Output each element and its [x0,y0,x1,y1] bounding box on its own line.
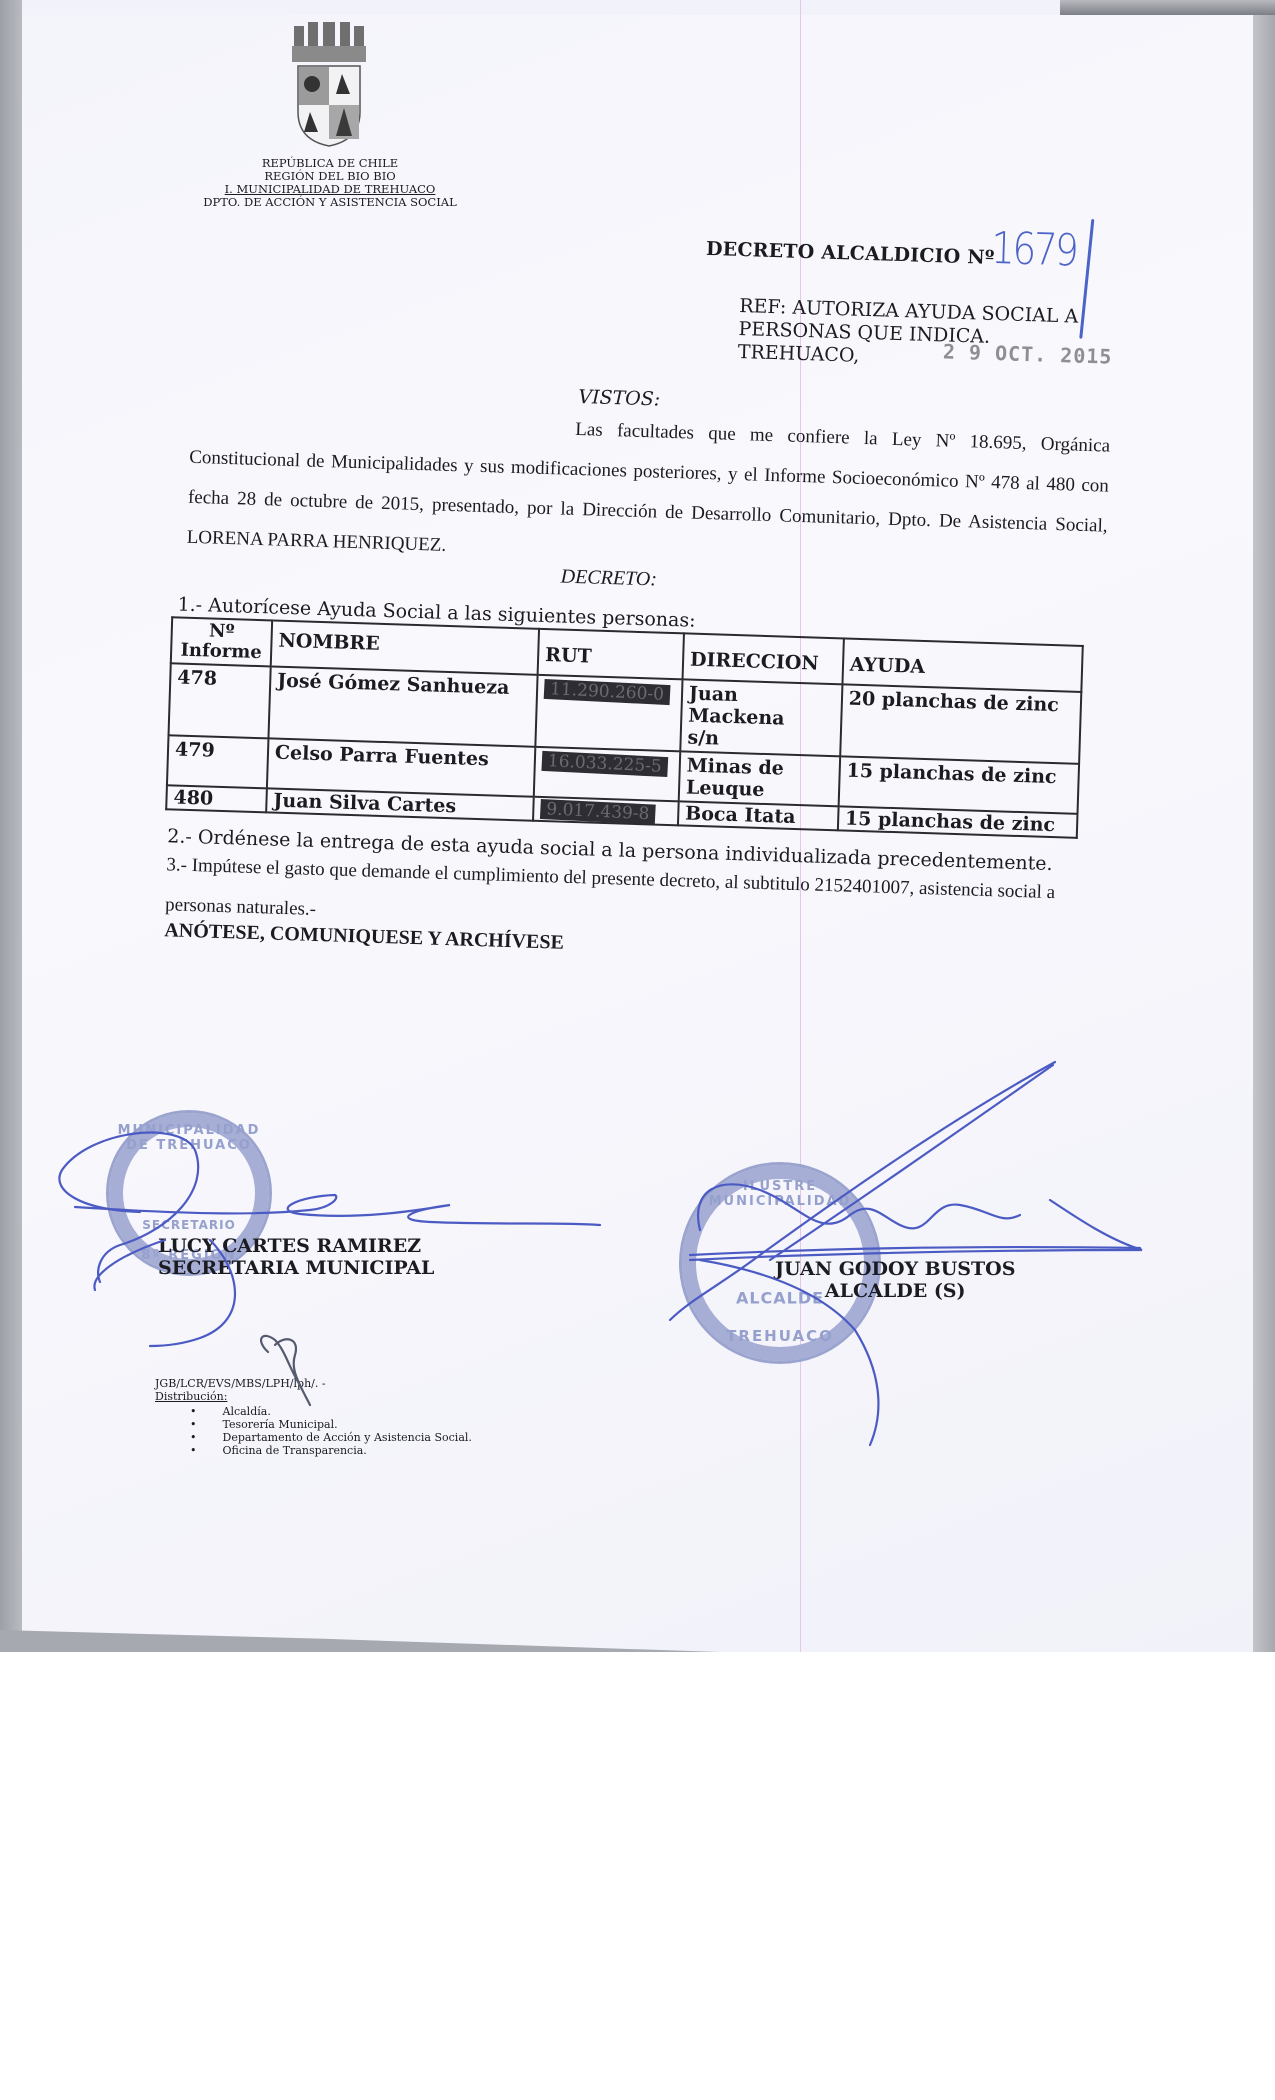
cell-rut: 16.033.225-5 [534,747,680,802]
distribution-item: Oficina de Transparencia. [190,1444,472,1457]
redacted-rut: 11.290.260-0 [544,679,671,705]
cell-direccion: Minas deLeuque [679,751,840,806]
direccion-line-1: Juan Mackena [688,683,835,732]
aid-recipients-table: Nº Informe NOMBRE RUT DIRECCION AYUDA 47… [165,616,1084,839]
stamp-bottom-text: TREHUACO [682,1327,878,1345]
cell-nombre: José Gómez Sanhueza [268,666,537,746]
redacted-rut: 16.033.225-5 [541,751,668,777]
cell-nombre: Celso Parra Fuentes [267,738,535,796]
vistos-paragraph: Las facultades que me confiere la Ley Nº… [186,398,1111,587]
responsible-initials: JGB/LCR/EVS/MBS/LPH/lph/. - [155,1377,326,1390]
secretary-signature-block: LUCY CARTES RAMIREZ SECRETARIA MUNICIPAL [158,1235,434,1279]
header-informe: Nº Informe [171,617,272,666]
distribution-label: Distribución: [155,1390,326,1403]
mayor-signature-block: JUAN GODOY BUSTOS ALCALDE (S) [775,1258,1015,1302]
decree-number-handwritten: 1679 [990,223,1077,277]
cell-rut: 9.017.439-8 [533,797,679,826]
cell-informe: 479 [167,735,268,788]
scan-edge-top [1060,0,1275,15]
secretary-title: SECRETARIA MUNICIPAL [158,1257,434,1279]
distribution-item: Departamento de Acción y Asistencia Soci… [190,1431,472,1444]
cell-informe: 478 [169,663,271,738]
header-ayuda: AYUDA [842,638,1083,691]
distribution-item: Alcaldía. [190,1405,472,1418]
redacted-rut: 9.017.439-8 [540,799,656,825]
distribution-item: Tesorería Municipal. [190,1418,472,1431]
stamp-center-text: SECRETARIO [142,1218,236,1232]
scanned-page: REPÚBLICA DE CHILE REGIÓN DEL BIO BIO I.… [0,0,1275,1652]
cell-rut: 11.290.260-0 [535,675,682,752]
secretary-name: LUCY CARTES RAMIREZ [158,1235,434,1257]
header-informe-line-2: Informe [178,641,265,664]
decreto-heading: DECRETO: [560,566,657,592]
stamp-ring-text: ILUSTRE MUNICIPALIDAD [682,1179,878,1209]
cell-informe: 480 [166,785,267,812]
distribution-list: Alcaldía. Tesorería Municipal. Departame… [190,1405,472,1457]
cell-direccion: Boca Itata [678,801,839,830]
handwritten-slash [1079,219,1094,339]
header-direccion: DIRECCION [682,633,843,684]
vistos-heading: VISTOS: [578,386,661,411]
direccion-line-2: Leuque [686,777,833,804]
stamp-ring-text: MUNICIPALIDAD DE TREHUACO [109,1123,269,1153]
footer-initials-block: JGB/LCR/EVS/MBS/LPH/lph/. - Distribución… [155,1377,326,1403]
cell-ayuda: 15 planchas de zinc [838,756,1079,813]
mayor-name: JUAN GODOY BUSTOS [775,1258,1015,1280]
mayor-title: ALCALDE (S) [775,1280,1015,1302]
direccion-line-2: s/n [687,727,834,754]
header-nombre: NOMBRE [271,620,539,674]
decree-title: DECRETO ALCALDICIO Nº [706,238,995,269]
cell-direccion: Juan Mackenas/n [680,679,842,756]
header-rut: RUT [538,629,684,680]
cell-ayuda: 20 planchas de zinc [840,684,1081,763]
